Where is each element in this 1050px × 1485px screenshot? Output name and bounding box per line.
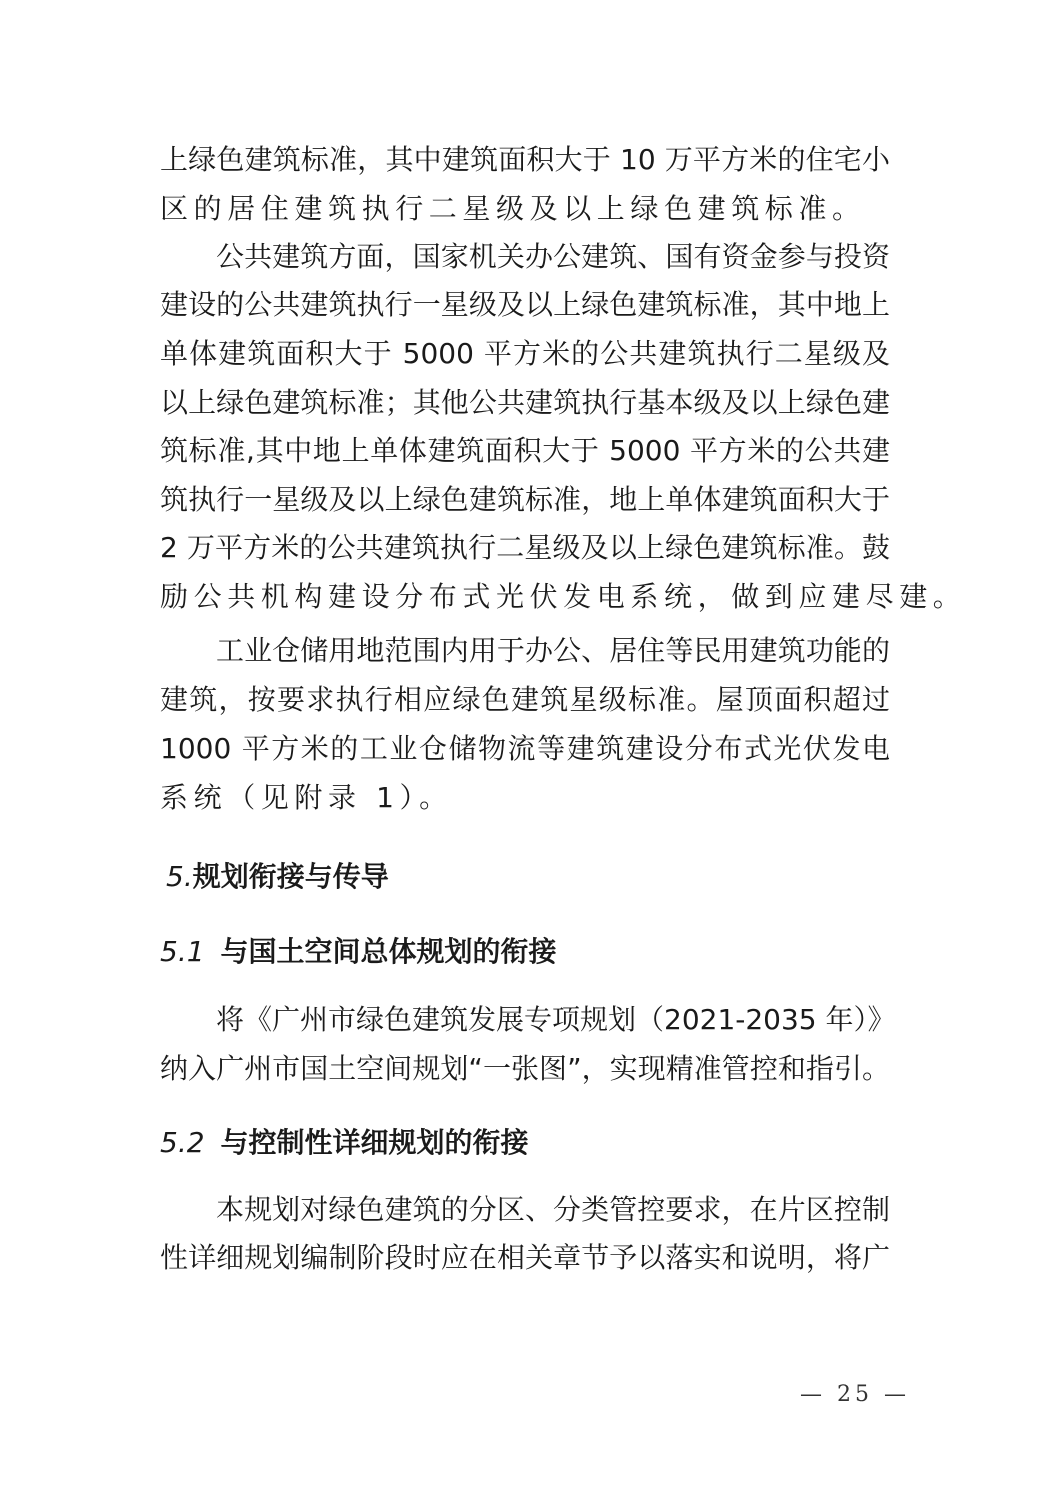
subsection-title: 与控制性详细规划的衔接: [221, 1126, 529, 1159]
paragraph-line: 筑执行一星级及以上绿色建筑标准，地上单体建筑面积大于: [160, 483, 890, 517]
paragraph-line: 纳入广州市国土空间规划“一张图”，实现精准管控和指引。: [160, 1052, 890, 1086]
paragraph-line: 以上绿色建筑标准；其他公共建筑执行基本级及以上绿色建: [160, 386, 890, 420]
paragraph-line: 1000 平方米的工业仓储物流等建筑建设分布式光伏发电: [160, 732, 890, 766]
paragraph-line: 工业仓储用地范围内用于办公、居住等民用建筑功能的: [216, 634, 890, 668]
paragraph-line: 将《广州市绿色建筑发展专项规划（2021-2035 年）》: [216, 1003, 890, 1037]
section-heading: 5.规划衔接与传导: [166, 860, 389, 894]
subsection-heading: 5.1与国土空间总体规划的衔接: [160, 935, 557, 969]
page-number: — 25 —: [800, 1382, 910, 1408]
paragraph-line: 单体建筑面积大于 5000 平方米的公共建筑执行二星级及: [160, 337, 890, 371]
subsection-title: 与国土空间总体规划的衔接: [221, 935, 557, 968]
paragraph-line: 2 万平方米的公共建筑执行二星级及以上绿色建筑标准。鼓: [160, 531, 890, 565]
paragraph-line: 建筑，按要求执行相应绿色建筑星级标准。屋顶面积超过: [160, 683, 890, 717]
section-title: 规划衔接与传导: [193, 860, 389, 893]
paragraph-line: 性详细规划编制阶段时应在相关章节予以落实和说明，将广: [160, 1241, 890, 1275]
subsection-number: 5.1: [160, 935, 205, 968]
paragraph-line: 公共建筑方面，国家机关办公建筑、国有资金参与投资: [216, 240, 890, 274]
subsection-number: 5.2: [160, 1126, 205, 1159]
paragraph-line: 建设的公共建筑执行一星级及以上绿色建筑标准，其中地上: [160, 288, 890, 322]
paragraph-line: 励公共机构建设分布式光伏发电系统，做到应建尽建。: [160, 580, 890, 614]
paragraph-line: 上绿色建筑标准，其中建筑面积大于 10 万平方米的住宅小: [160, 143, 890, 177]
paragraph-line: 本规划对绿色建筑的分区、分类管控要求，在片区控制: [216, 1193, 890, 1227]
section-number: 5.: [166, 860, 193, 893]
document-page: 上绿色建筑标准，其中建筑面积大于 10 万平方米的住宅小 区的居住建筑执行二星级…: [0, 0, 1050, 1485]
subsection-heading: 5.2与控制性详细规划的衔接: [160, 1126, 529, 1160]
paragraph-line: 系统（见附录 1）。: [160, 781, 890, 815]
paragraph-line: 区的居住建筑执行二星级及以上绿色建筑标准。: [160, 192, 890, 226]
paragraph-line: 筑标准,其中地上单体建筑面积大于 5000 平方米的公共建: [160, 434, 890, 468]
